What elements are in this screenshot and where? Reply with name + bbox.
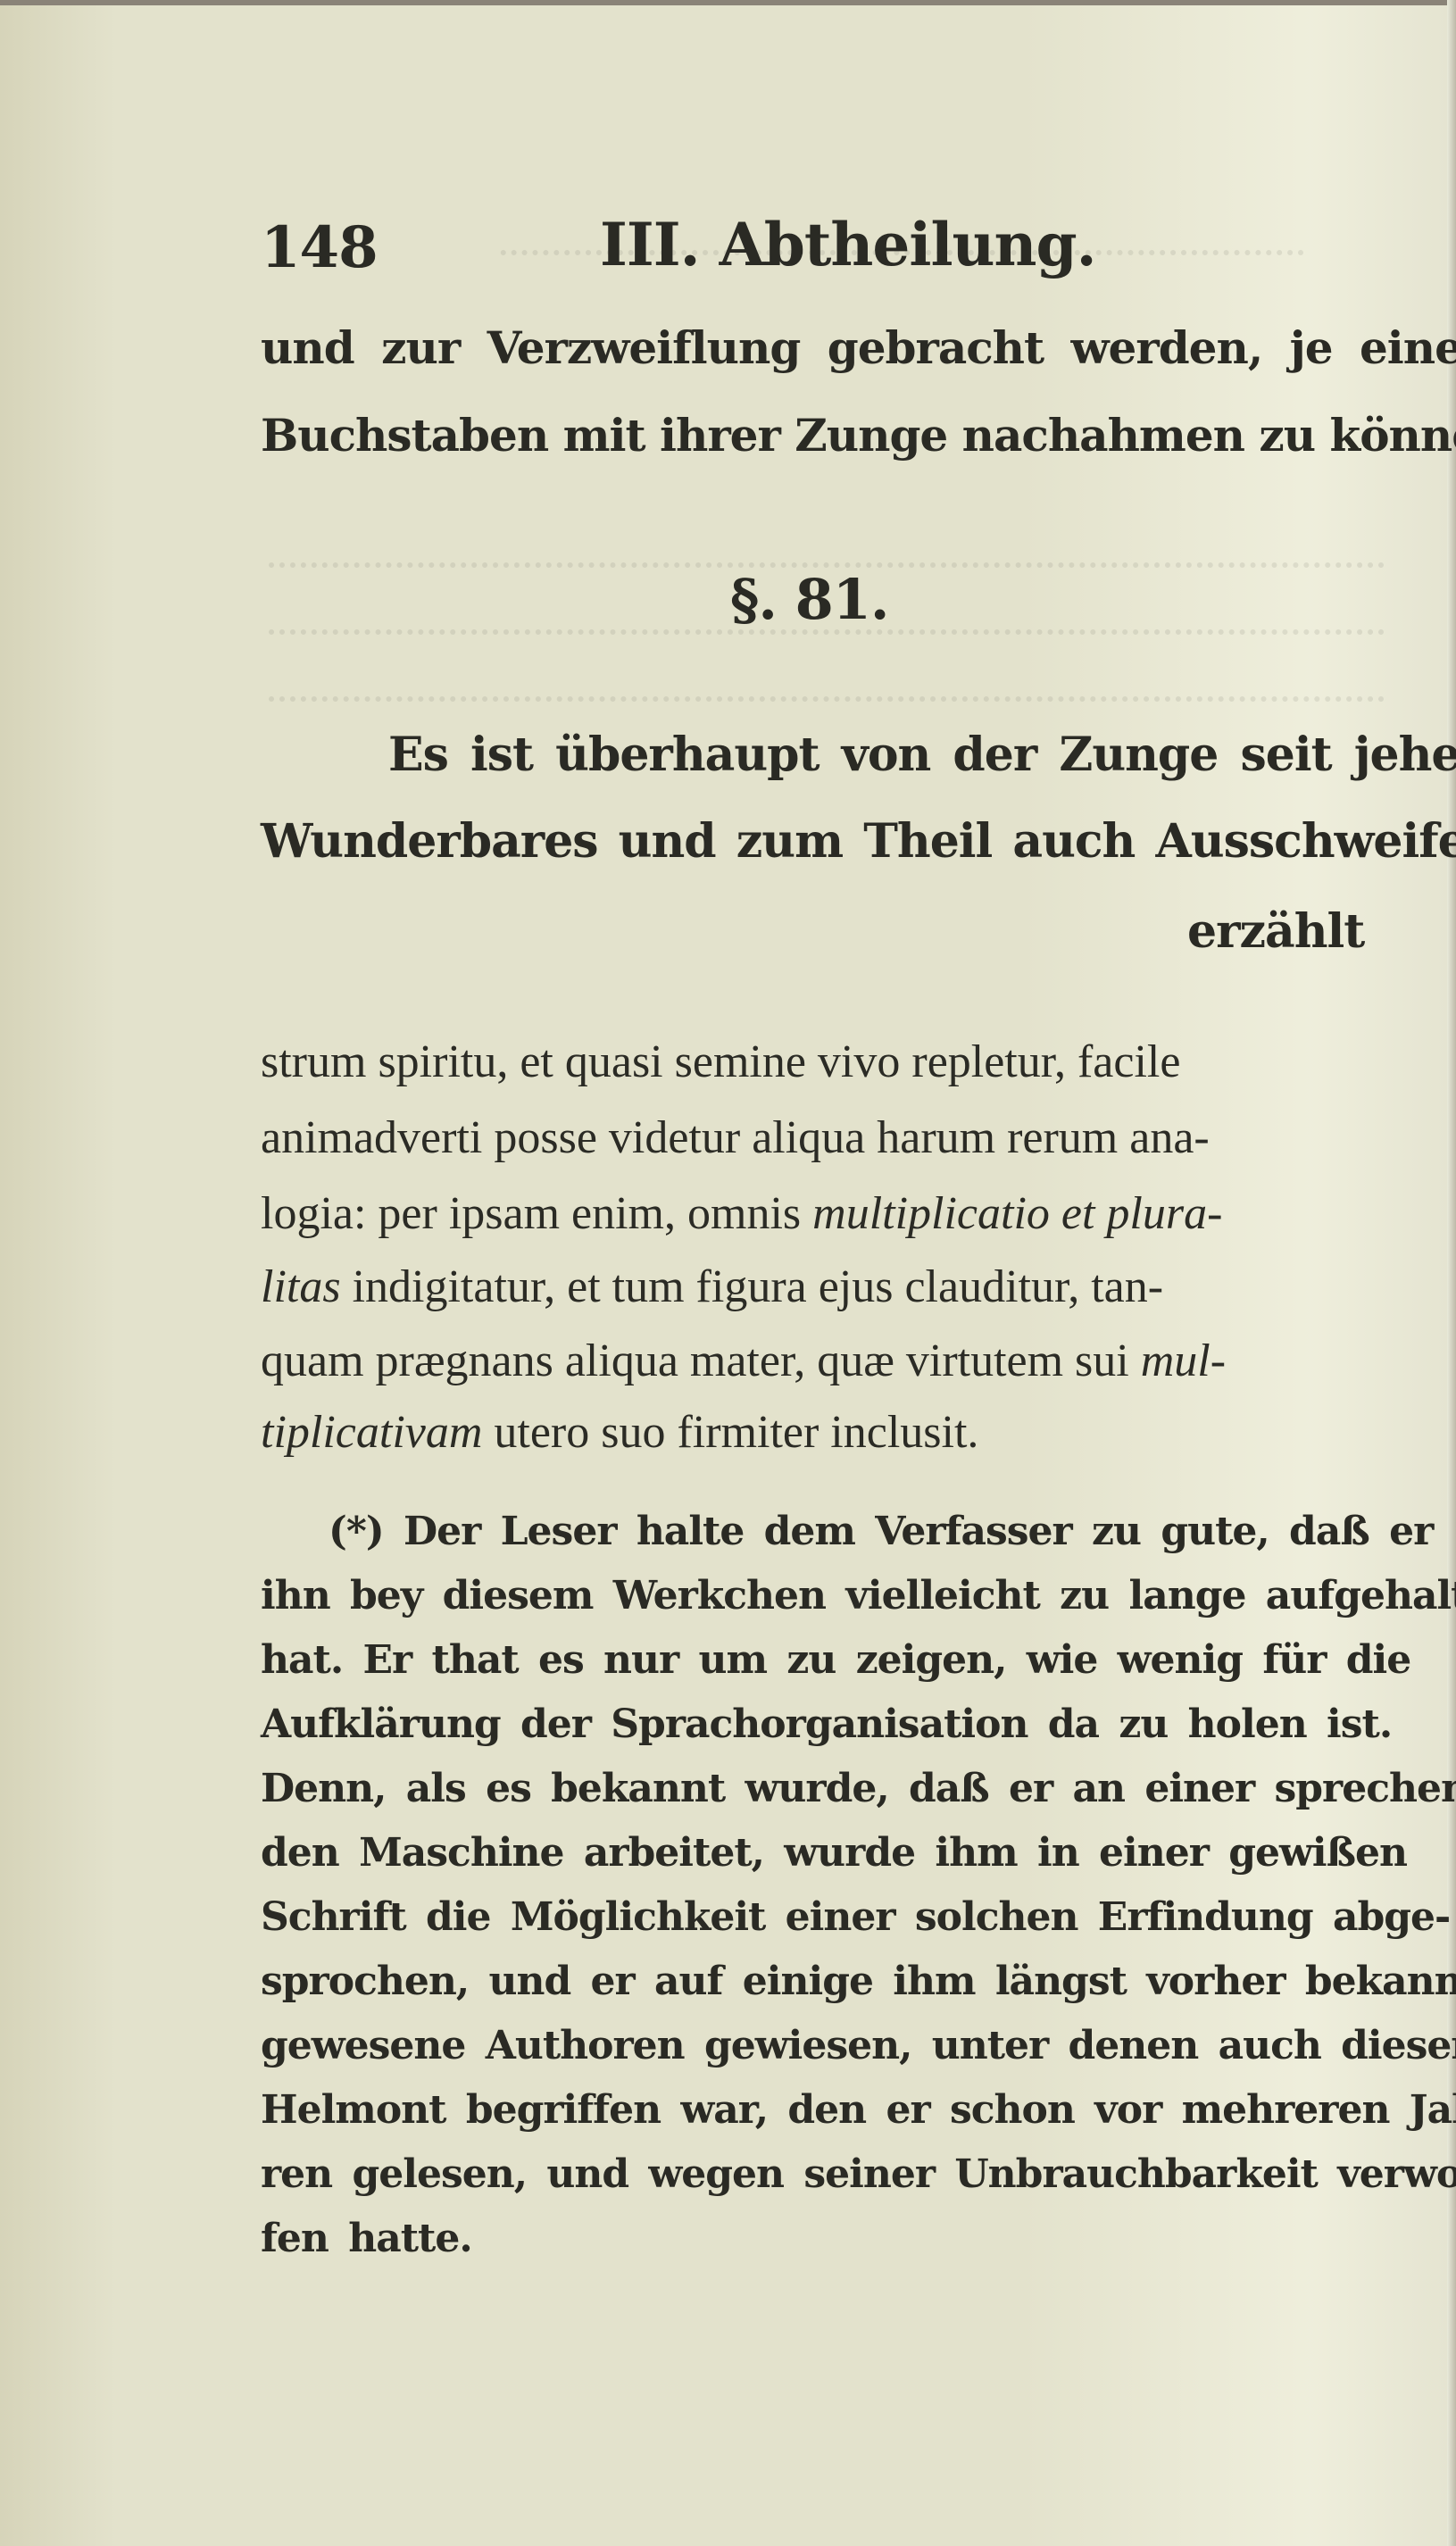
book-page: 148 III. Abtheilung. und zur Verzweiflun…	[0, 0, 1456, 2546]
footnote-line: Aufklärung der Sprachorganisation da zu …	[261, 1701, 1392, 1747]
latin-text: indigitatur, et tum figura ejus clauditu…	[341, 1261, 1163, 1312]
latin-italic: litas	[261, 1261, 341, 1312]
text-line: Es ist überhaupt von der Zunge seit jehe…	[388, 728, 1456, 782]
footnote-line: sprochen, und er auf einige ihm längst v…	[261, 1959, 1456, 2004]
latin-text: animadverti posse videtur aliqua harum r…	[261, 1112, 1210, 1163]
footnote-line: Denn, als es bekannt wurde, daß er an ei…	[261, 1766, 1456, 1811]
latin-text: utero suo firmiter inclusit.	[482, 1407, 978, 1458]
footnote-line: ihn bey diesem Werkchen vielleicht zu la…	[261, 1573, 1456, 1618]
bleed-through	[268, 661, 1384, 702]
page-top-edge	[0, 0, 1456, 5]
text-line: und zur Verzweiflung gebracht werden, je…	[261, 321, 1456, 374]
page-number: 148	[261, 214, 378, 281]
latin-text: quam prægnans aliqua mater, quæ virtutem…	[261, 1335, 1141, 1386]
latin-line: logia: per ipsam enim, omnis multiplicat…	[261, 1187, 1222, 1240]
section-heading: §. 81.	[730, 567, 888, 632]
latin-italic: tiplicativam	[261, 1407, 482, 1458]
footnote-line: Helmont begriffen war, den er schon vor …	[261, 2087, 1456, 2133]
text-line: Buchstaben mit ihrer Zunge nachahmen zu …	[261, 409, 1456, 462]
latin-line: litas indigitatur, et tum figura ejus cl…	[261, 1261, 1163, 1313]
latin-line: strum spiritu, et quasi semine vivo repl…	[261, 1036, 1180, 1088]
footnote-line: hat. Er that es nur um zu zeigen, wie we…	[261, 1637, 1410, 1683]
latin-line: quam prægnans aliqua mater, quæ virtutem…	[261, 1335, 1226, 1387]
latin-italic: multiplicatio et plura-	[812, 1188, 1222, 1239]
footnote-line: gewesene Authoren gewiesen, unter denen …	[261, 2023, 1456, 2068]
running-title: III. Abtheilung.	[600, 210, 1096, 279]
footnote-line: fen hatte.	[261, 2216, 472, 2261]
text-line: Wunderbares und zum Theil auch Ausschwei…	[261, 814, 1456, 869]
footnote-line: (*) Der Leser halte dem Verfasser zu gut…	[329, 1509, 1433, 1554]
footnote-line: ren gelesen, und wegen seiner Unbrauchba…	[261, 2151, 1456, 2197]
footnote-line: Schrift die Möglichkeit einer solchen Er…	[261, 1894, 1450, 1940]
text-line: erzählt	[1187, 904, 1364, 959]
footnote-line: den Maschine arbeitet, wurde ihm in eine…	[261, 1830, 1407, 1876]
latin-text: logia: per ipsam enim, omnis	[261, 1188, 812, 1239]
latin-italic: mul-	[1141, 1335, 1226, 1386]
bleed-through	[268, 527, 1384, 568]
latin-text: strum spiritu, et quasi semine vivo repl…	[261, 1036, 1180, 1087]
latin-line: animadverti posse videtur aliqua harum r…	[261, 1111, 1210, 1164]
latin-line: tiplicativam utero suo firmiter inclusit…	[261, 1406, 978, 1459]
